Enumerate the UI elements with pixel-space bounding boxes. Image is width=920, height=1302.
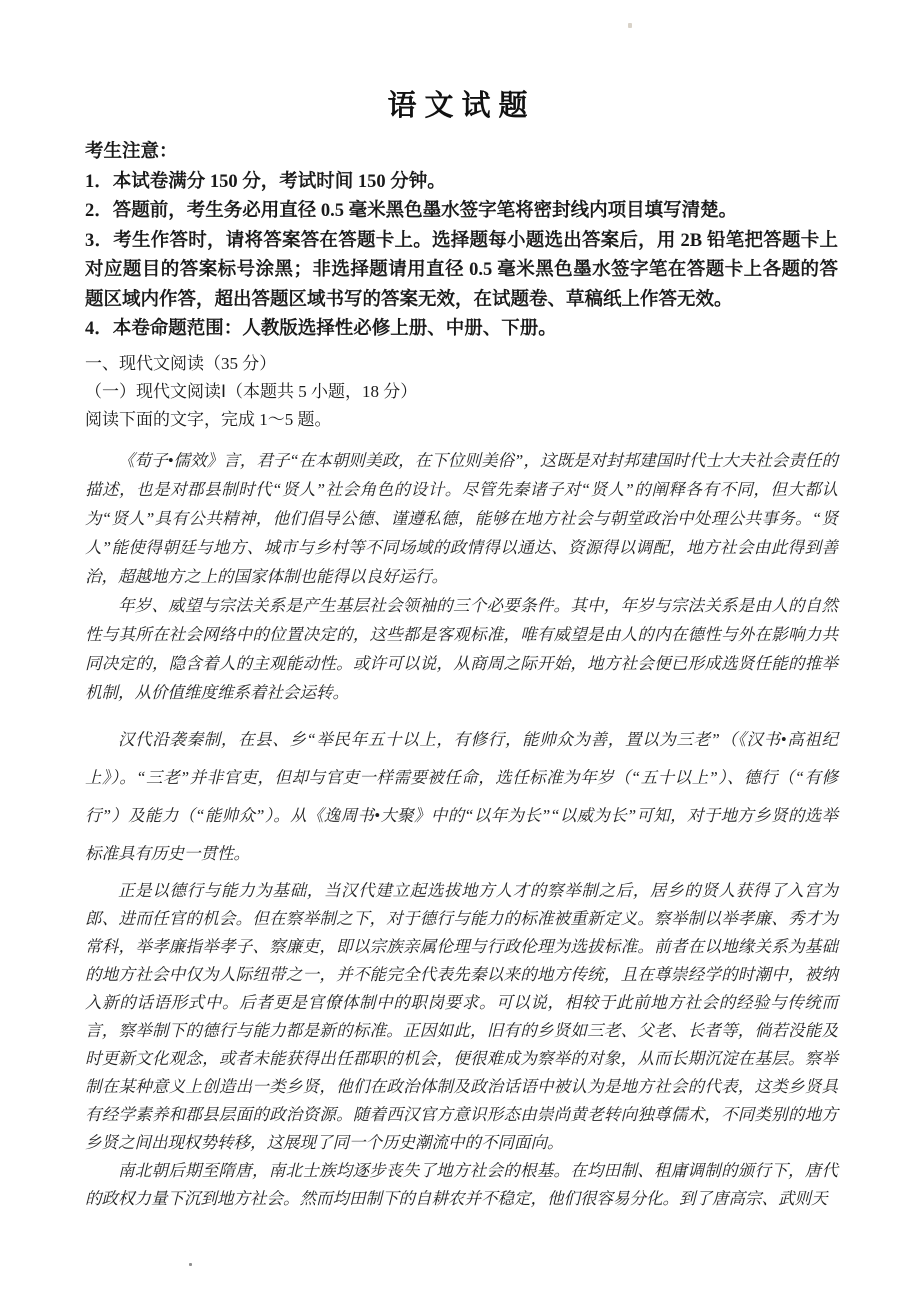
passage-paragraph-1: 《荀子•儒效》言，君子“在本朝则美政，在下位则美俗”，这既是对封邦建国时代士大夫… <box>85 446 838 591</box>
reading-instruction: 阅读下面的文字，完成 1～5 题。 <box>85 406 838 434</box>
reading-passage: 《荀子•儒效》言，君子“在本朝则美政，在下位则美俗”，这既是对封邦建国时代士大夫… <box>85 446 838 1213</box>
notice-item-3: 3．考生作答时，请将答案答在答题卡上。选择题每小题选出答案后，用 2B 铅笔把答… <box>85 227 838 316</box>
scan-artifact <box>189 1263 192 1266</box>
notice-item-1: 1．本试卷满分 150 分，考试时间 150 分钟。 <box>85 168 838 198</box>
scan-artifact <box>628 23 632 28</box>
exam-paper-page: 语文试题 考生注意： 1．本试卷满分 150 分，考试时间 150 分钟。 2．… <box>0 0 920 1302</box>
passage-paragraph-4: 正是以德行与能力为基础，当汉代建立起选拔地方人才的察举制之后，居乡的贤人获得了入… <box>85 877 838 1157</box>
notice-item-4: 4．本卷命题范围：人教版选择性必修上册、中册、下册。 <box>85 315 838 345</box>
passage-paragraph-3: 汉代沿袭秦制，在县、乡“举民年五十以上，有修行，能帅众为善，置以为三老”（《汉书… <box>85 721 838 873</box>
subsection-heading: （一）现代文阅读Ⅰ（本题共 5 小题，18 分） <box>85 378 838 406</box>
notice-item-2: 2．答题前，考生务必用直径 0.5 毫米黑色墨水签字笔将密封线内项目填写清楚。 <box>85 197 838 227</box>
page-title: 语文试题 <box>85 90 838 122</box>
passage-paragraph-5: 南北朝后期至隋唐，南北士族均逐步丧失了地方社会的根基。在均田制、租庸调制的颁行下… <box>85 1157 838 1213</box>
section-heading: 一、现代文阅读（35 分） <box>85 350 838 378</box>
page-content: 语文试题 考生注意： 1．本试卷满分 150 分，考试时间 150 分钟。 2．… <box>85 90 838 1213</box>
notice-heading: 考生注意： <box>85 138 838 168</box>
passage-paragraph-2: 年岁、威望与宗法关系是产生基层社会领袖的三个必要条件。其中，年岁与宗法关系是由人… <box>85 591 838 707</box>
